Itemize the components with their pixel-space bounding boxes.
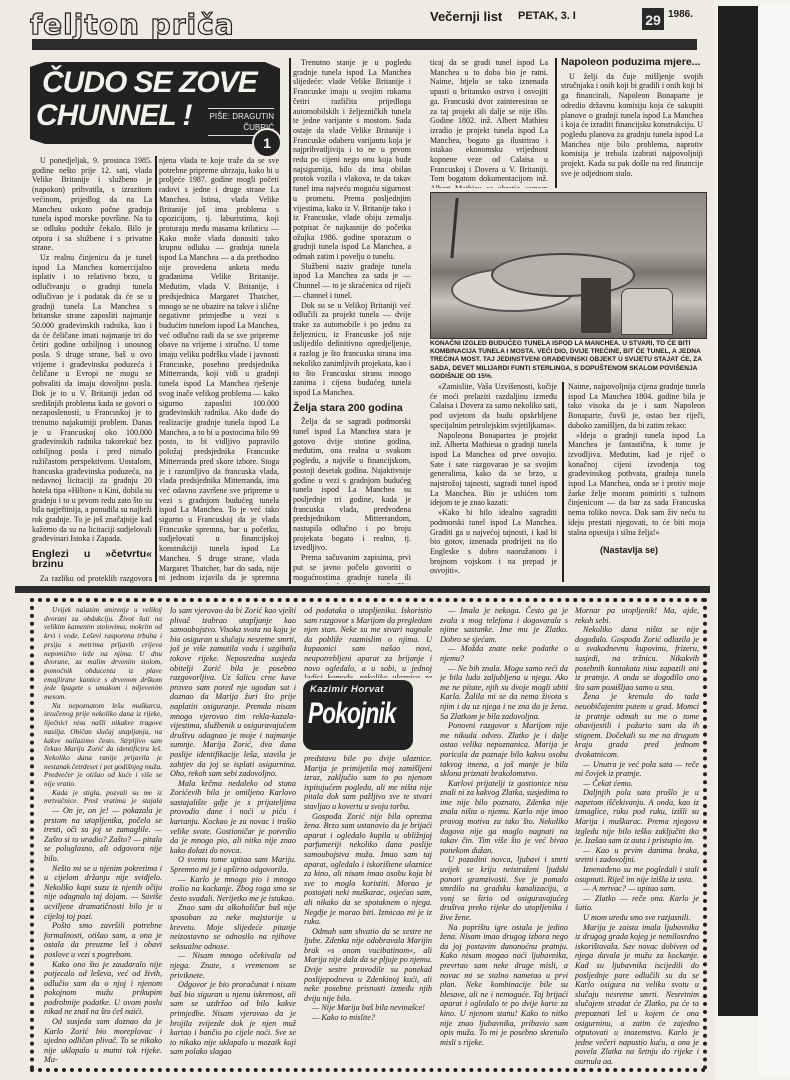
paragraph: U ponedjeljak, 9. prosinca 1985. godine … <box>32 156 152 253</box>
story-title: Pokojnik <box>308 697 396 731</box>
paragraph: »Ideja o gradnji tunela ispod La Manchea… <box>568 431 705 538</box>
article-column-1: U ponedjeljak, 9. prosinca 1985. godine … <box>32 156 152 584</box>
subheading: Želja stara 200 godina <box>293 404 411 414</box>
article-column-5-top: Napoleon poduzima mjere... U želji da ču… <box>561 58 703 188</box>
story-intro: Uvijek nalazim smirenje u velikoj dvoran… <box>44 606 162 806</box>
paragraph: Trenutno stanje je u pogledu gradnje tun… <box>293 58 411 262</box>
paragraph: U mom uredu smo sve razjasnili. <box>575 913 699 923</box>
paragraph: Od susjeda sam doznao da je Karlo Zorić … <box>44 1017 162 1064</box>
issue-date: PETAK, 3. I <box>518 10 576 22</box>
paragraph: Mornar pa utopljenik! Ma, ajde, rekoh se… <box>575 606 699 625</box>
paragraph: od podataka o utopljeniku. Iskoristio sa… <box>304 606 432 678</box>
paragraph: — On je, on je! — pokazala je prstom na … <box>44 806 162 864</box>
part-number-badge: 1 <box>252 128 282 158</box>
paragraph: Želja da se sagradi podmorski tunel ispo… <box>293 417 411 553</box>
paragraph: — Kao u prvim danima braka, sretni i zad… <box>575 846 699 865</box>
paragraph: predstavu bile po dvije ulaznice. Marija… <box>304 754 432 812</box>
story-column-3-top: od podataka o utopljeniku. Iskoristio sa… <box>304 606 432 678</box>
article-column-3: Trenutno stanje je u pogledu gradnje tun… <box>293 58 411 584</box>
section-separator <box>15 586 710 593</box>
story-column-3-bottom: predstavu bile po dvije ulaznice. Marija… <box>304 754 432 1064</box>
dotted-border <box>30 598 706 606</box>
masthead: Večernji list PETAK, 3. I 29 1986. <box>430 6 700 26</box>
headline-line2: CHUNNEL ! <box>36 99 191 133</box>
story-column-4: — Imala je nekoga. Često ga je zvala s m… <box>440 606 568 1064</box>
issue-year: 1986. <box>668 9 693 20</box>
paragraph: Gospođa Zorić nije bila oprezna žena. Br… <box>304 812 432 927</box>
paragraph: Pošto smo završili potrebne formalnosti,… <box>44 921 162 959</box>
paragraph: — Kako to mislite? <box>304 1013 432 1023</box>
paragraph: Znao sam da alkoholičar baš nije sposoba… <box>170 903 296 951</box>
paragraph: Daljnjih pola sata prošlo je u napetom i… <box>575 788 699 846</box>
column-divider <box>555 58 557 188</box>
paragraph: Na poprištu igre ostala je jedino žena. … <box>440 923 568 1048</box>
scan-background <box>758 6 790 1076</box>
paragraph: Uz realnu činjenicu da je tunel ispod La… <box>32 253 152 544</box>
paragraph: — Ne bih znala. Mogu samo reći da je bil… <box>440 664 568 722</box>
paragraph: Napoleona Bonapartea je projekt inž. Alb… <box>430 431 557 509</box>
paragraph: Žena je krenula do tada neuobičajenim pu… <box>575 692 699 759</box>
column-divider <box>155 156 157 582</box>
dotted-border <box>30 1068 706 1076</box>
subheading: Napoleon poduzima mjere... <box>561 58 703 68</box>
paragraph: »Kako bi bilo idealno sagraditi podmorsk… <box>430 508 557 576</box>
paragraph: Odgovor je bio proračunat i nisam baš bi… <box>170 980 296 1057</box>
paragraph: njena vlada te koje traže da se sve potr… <box>159 156 279 584</box>
paragraph: Iznenađeno su me pogledali i stali osupn… <box>575 865 699 884</box>
section-title: feljton priča <box>30 8 235 41</box>
article-column-4-bottom: »Zamislite, Vaša Uzvišenosti, kočije će … <box>430 382 557 584</box>
byline-label: PIŠE: DRAGUTIN <box>208 111 274 122</box>
binding-edge <box>718 6 758 1016</box>
paragraph: — Imala je nekoga. Često ga je zvala s m… <box>440 606 568 644</box>
paragraph: — Unutra je već pola sata — reče mi čovj… <box>575 760 699 779</box>
paragraph: — Možda znate neke podatke o njemu? <box>440 644 568 663</box>
paragraph: — A mrtvac? — upitao sam. <box>575 884 699 894</box>
paragraph: Na nepoznatom lešu muškarca, izvučenog p… <box>44 702 162 789</box>
paragraph: ticaj da se gradi tunel ispod La Manchea… <box>430 58 548 188</box>
paragraph: — Karlo je mnogo pio i mnogo trošio na k… <box>170 875 296 904</box>
story-column-5: Mornar pa utopljenik! Ma, ajde, rekoh se… <box>575 606 699 1064</box>
paragraph: Mala krčma nedaleko od stana Zorićevih b… <box>170 779 296 856</box>
paragraph: Službeni naziv gradnje tunela ispod La M… <box>293 262 411 301</box>
paragraph: U pozadini novca, ljubavi i smrti uvijek… <box>440 855 568 922</box>
paragraph: — Nisam mnogo očekivala od njega. Znate,… <box>170 951 296 980</box>
story-author: Kazimir Horvat <box>310 684 384 695</box>
paragraph: »Zamislite, Vaša Uzvišenosti, kočije će … <box>430 382 557 431</box>
photo-caption: Konačni izgled budućeg tunela ispod La M… <box>430 340 705 381</box>
photo-shape <box>581 278 611 333</box>
paragraph: Ponovni razgovor s Marijom nije me nikud… <box>440 721 568 779</box>
paragraph: U želji da čuje mišljenje svojih stručnj… <box>561 72 703 179</box>
paragraph: Uvijek nalazim smirenje u velikoj dvoran… <box>44 606 162 702</box>
to-be-continued: (Nastavlja se) <box>600 545 658 555</box>
paragraph: O svemu tome upitao sam Mariju. Spremno … <box>170 855 296 874</box>
photo-mast <box>450 198 458 258</box>
paragraph: — Čekat ćemo. <box>575 779 699 789</box>
paragraph: Kako ono što je zaudaralo nije potjecalo… <box>44 960 162 1018</box>
subheading: Englezi u »četvrtu« brzinu <box>32 550 152 569</box>
dotted-border <box>30 598 38 1070</box>
paragraph: Nešto mi se u njenim pokretima i u cijel… <box>44 864 162 922</box>
photo-shape <box>621 288 673 335</box>
column-divider <box>562 382 564 582</box>
paragraph: Prema sačuvanim zapisima, prvi put se ja… <box>293 553 411 584</box>
paragraph: Odmah sam shvatio da se sestre ne ljube.… <box>304 927 432 1004</box>
paragraph: lo sam vjerovao da bi Zorić kao vješti p… <box>170 606 296 779</box>
paragraph: Za razliku od proteklih razgovora između… <box>32 574 152 584</box>
tunnel-model-photo <box>430 192 707 339</box>
paragraph: Naime, najpovoljnija cijena gradnje tune… <box>568 382 705 431</box>
article-column-4-top: ticaj da se gradi tunel ispod La Manchea… <box>430 58 548 188</box>
paragraph: Kada je stigla, pozvali su me iz mrtvačn… <box>44 789 162 806</box>
paragraph: Dok su se u Velikoj Britaniji već odluči… <box>293 301 411 398</box>
newspaper-name: Večernji list <box>430 9 502 24</box>
column-divider <box>289 58 291 584</box>
paragraph: Marija je zaista imala ljubavnika iz dru… <box>575 923 699 1064</box>
story-column-1: — On je, on je! — pokazala je prstom na … <box>44 806 162 1064</box>
photo-shape <box>491 253 635 297</box>
paragraph: Karlovi prijatelji iz gostionice nisu zn… <box>440 779 568 856</box>
article-column-2: njena vlada te koje traže da se sve potr… <box>159 156 279 584</box>
paragraph: — Zlatko — reče ona. Karlo je šutio. <box>575 894 699 913</box>
header-rule <box>32 39 697 50</box>
dotted-border <box>703 598 711 1070</box>
paragraph: — Nije Marija baš bila nevinašce! <box>304 1003 432 1013</box>
headline-line1: ČUDO SE ZOVE <box>42 66 257 100</box>
page-number: 29 <box>642 8 664 30</box>
story-column-2: lo sam vjerovao da bi Zorić kao vješti p… <box>170 606 296 1064</box>
article-column-5-bottom: Naime, najpovoljnija cijena gradnje tune… <box>568 382 705 542</box>
paragraph: Nekoliko dana ništa se nije dogodalo. Go… <box>575 625 699 692</box>
